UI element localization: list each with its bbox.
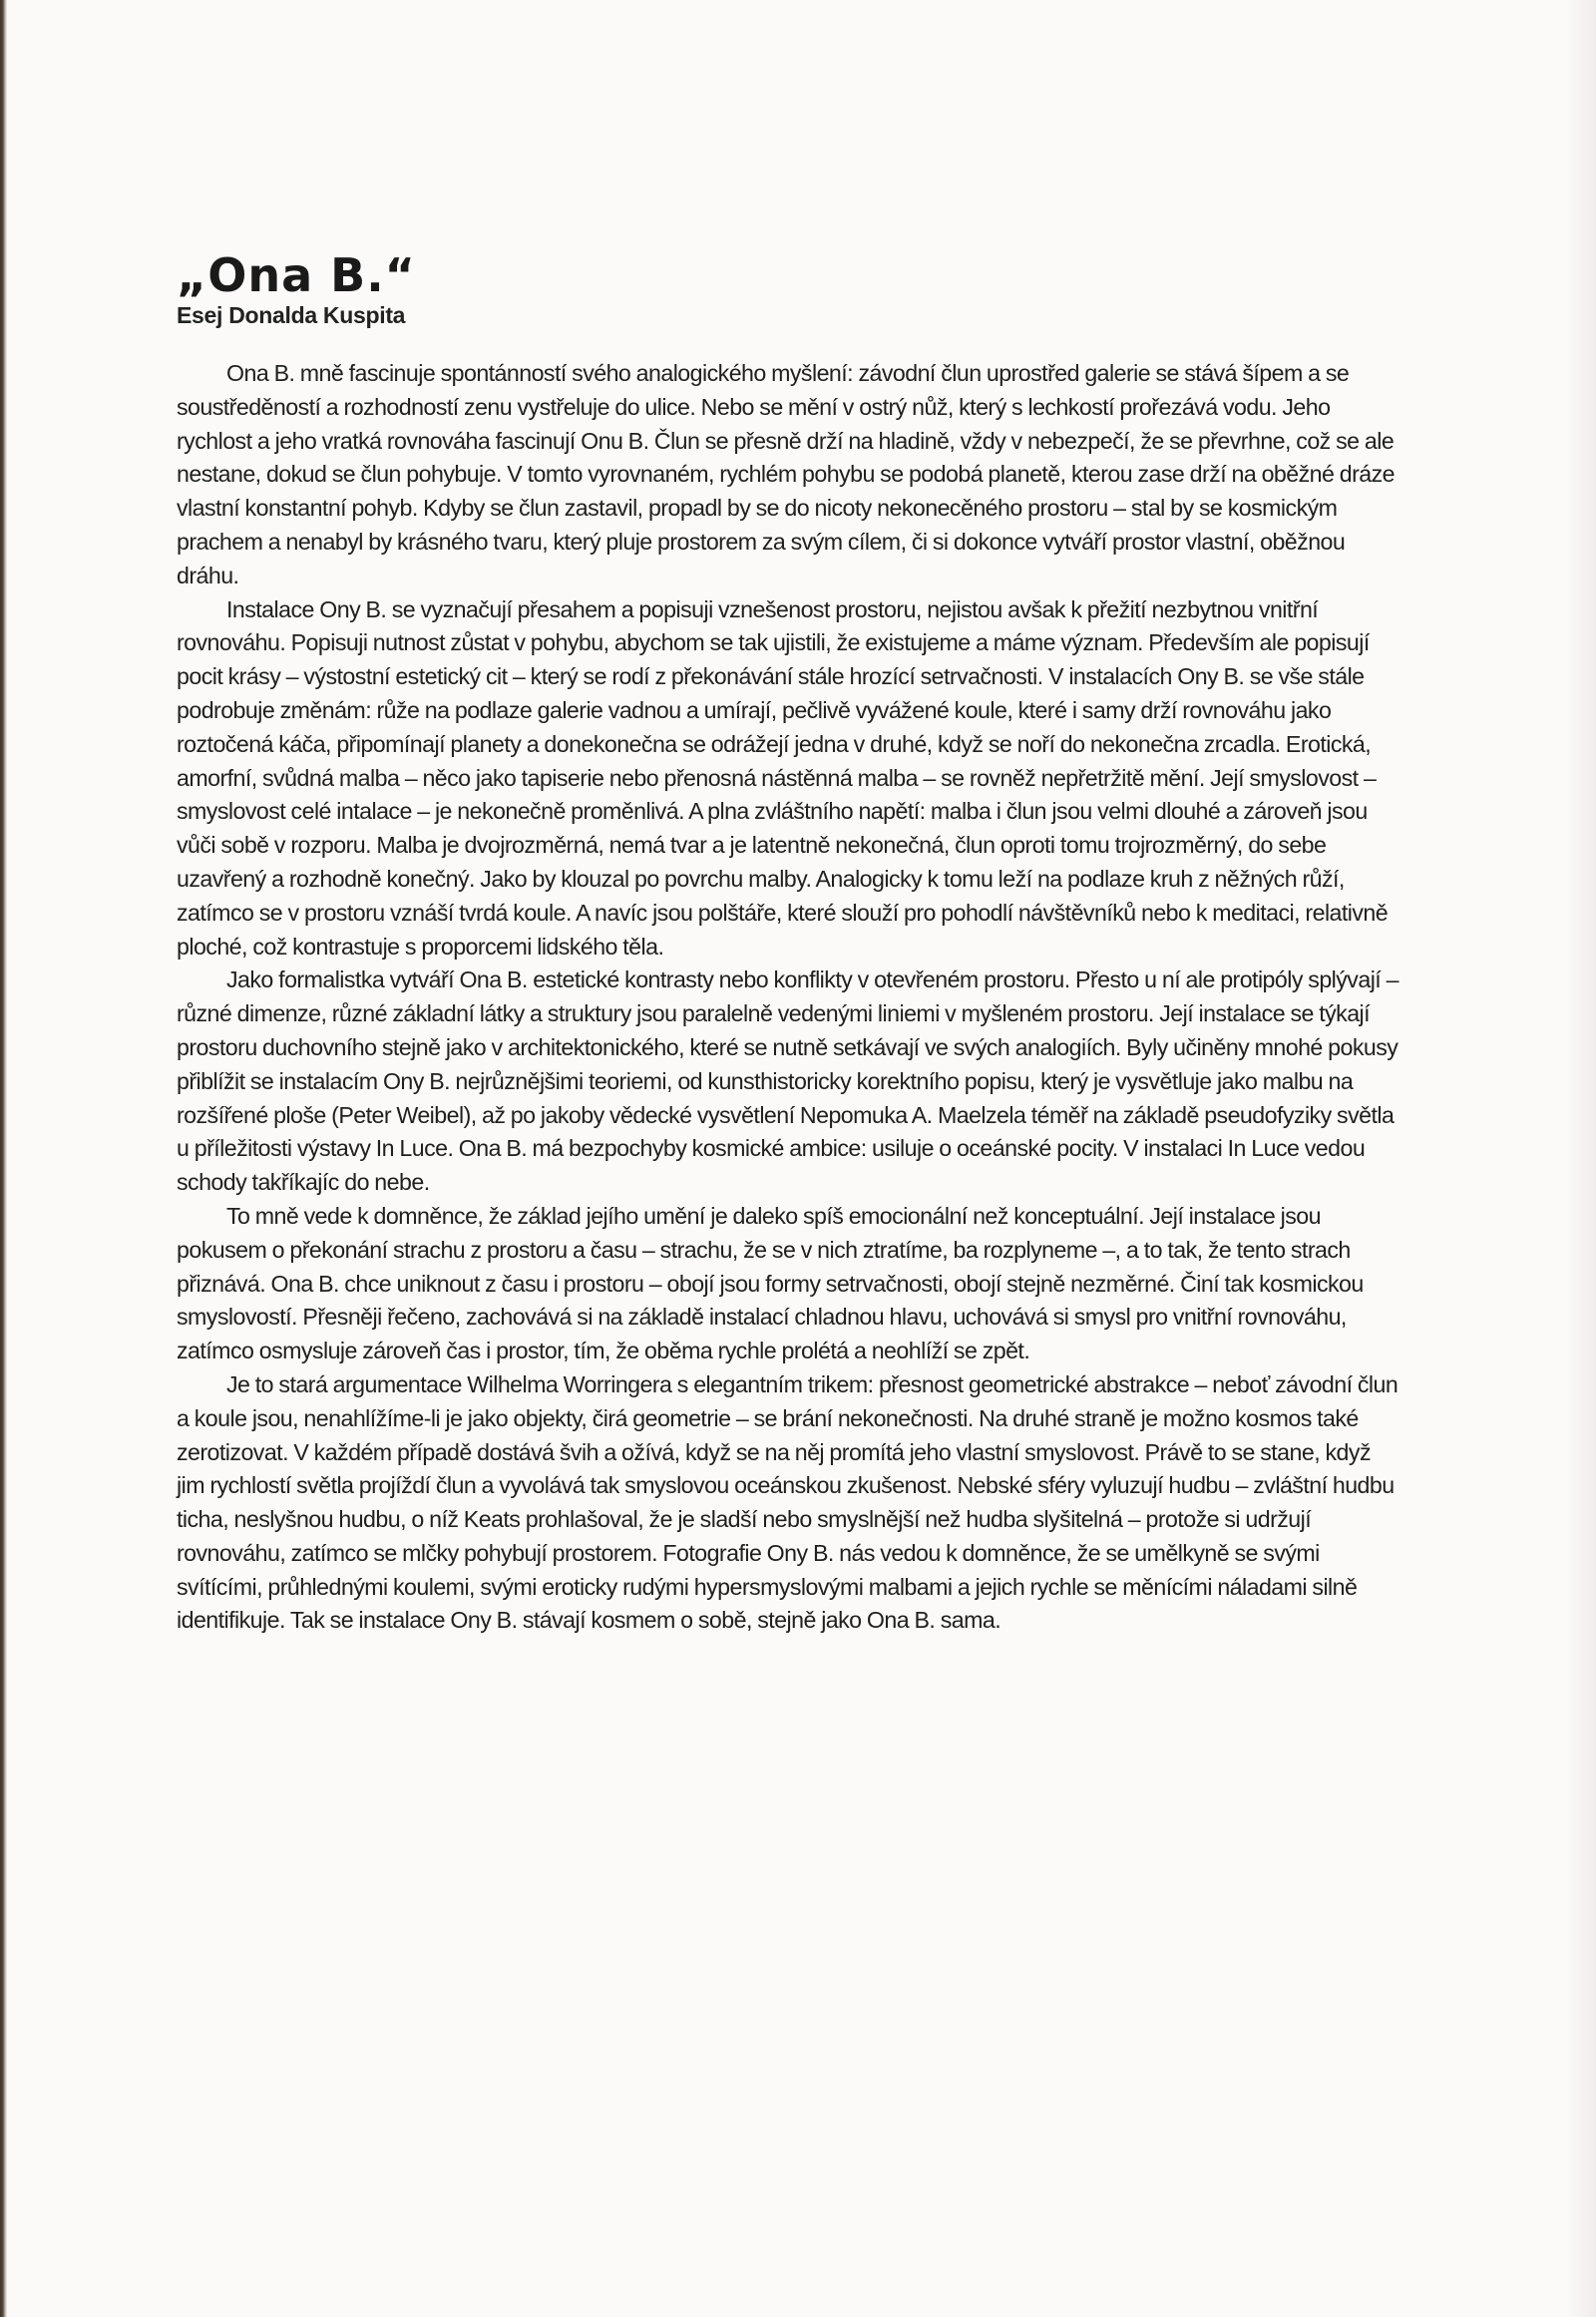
paragraph: Je to stará argumentace Wilhelma Worring… — [177, 1368, 1403, 1638]
paragraph: To mně vede k domněnce, že základ jejího… — [177, 1200, 1403, 1368]
paragraph: Jako formalistka vytváří Ona B. estetick… — [177, 964, 1403, 1200]
page-outer-edge — [1566, 0, 1596, 2317]
page-binding-edge — [0, 0, 7, 2317]
article-subtitle: Esej Donalda Kuspita — [177, 301, 1403, 329]
paragraph: Instalace Ony B. se vyznačují přesahem a… — [177, 593, 1403, 965]
paragraph: Ona B. mně fascinuje spontánností svého … — [177, 357, 1403, 593]
article: „Ona B.“ Esej Donalda Kuspita Ona B. mně… — [177, 249, 1403, 1638]
article-body: Ona B. mně fascinuje spontánností svého … — [177, 357, 1403, 1638]
article-title: „Ona B.“ — [177, 249, 1403, 301]
